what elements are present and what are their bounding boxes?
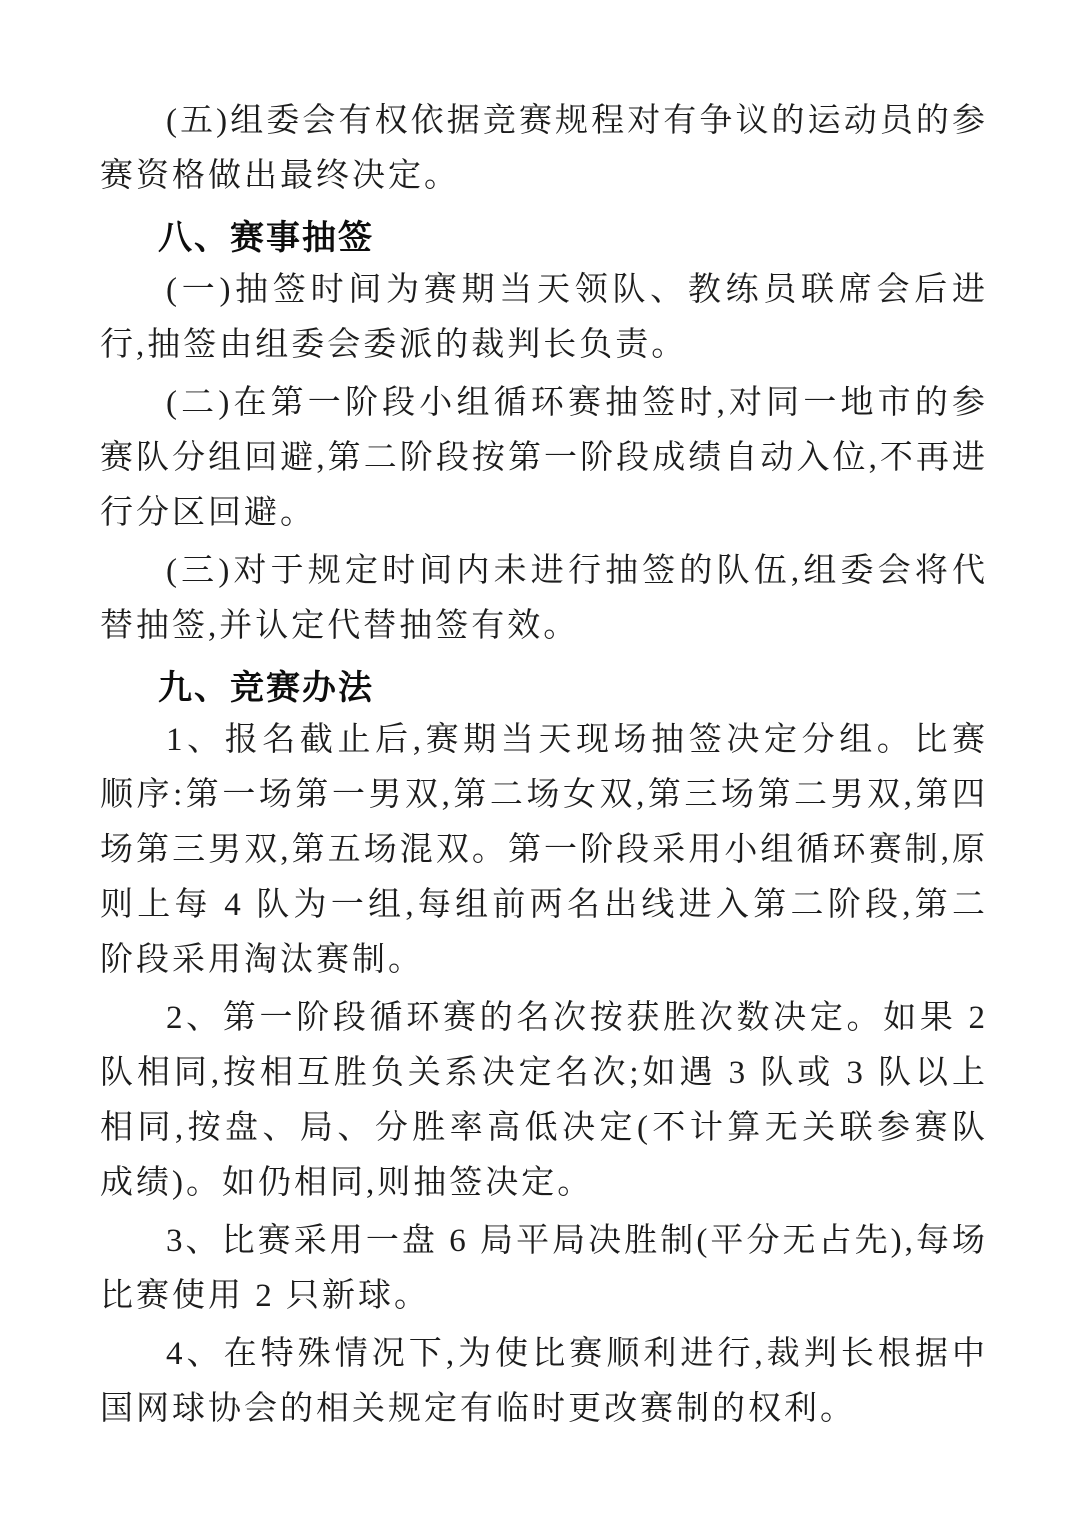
paragraph: (五)组委会有权依据竞赛规程对有争议的运动员的参赛资格做出最终决定。 xyxy=(100,94,988,204)
section-heading: 九、竞赛办法 xyxy=(100,666,988,710)
document-content: (五)组委会有权依据竞赛规程对有争议的运动员的参赛资格做出最终决定。八、赛事抽签… xyxy=(100,94,988,1437)
paragraph: (三)对于规定时间内未进行抽签的队伍,组委会将代替抽签,并认定代替抽签有效。 xyxy=(100,544,988,654)
paragraph: 3、比赛采用一盘 6 局平局决胜制(平分无占先),每场比赛使用 2 只新球。 xyxy=(100,1214,988,1324)
paragraph: 2、第一阶段循环赛的名次按获胜次数决定。如果 2 队相同,按相互胜负关系决定名次… xyxy=(100,991,988,1211)
paragraph: (二)在第一阶段小组循环赛抽签时,对同一地市的参赛队分组回避,第二阶段按第一阶段… xyxy=(100,376,988,541)
paragraph: 1、报名截止后,赛期当天现场抽签决定分组。比赛顺序:第一场第一男双,第二场女双,… xyxy=(100,713,988,988)
paragraph: (一)抽签时间为赛期当天领队、教练员联席会后进行,抽签由组委会委派的裁判长负责。 xyxy=(100,263,988,373)
section-heading: 八、赛事抽签 xyxy=(100,216,988,260)
document-page: (五)组委会有权依据竞赛规程对有争议的运动员的参赛资格做出最终决定。八、赛事抽签… xyxy=(0,0,1080,1527)
paragraph: 4、在特殊情况下,为使比赛顺利进行,裁判长根据中国网球协会的相关规定有临时更改赛… xyxy=(100,1327,988,1437)
